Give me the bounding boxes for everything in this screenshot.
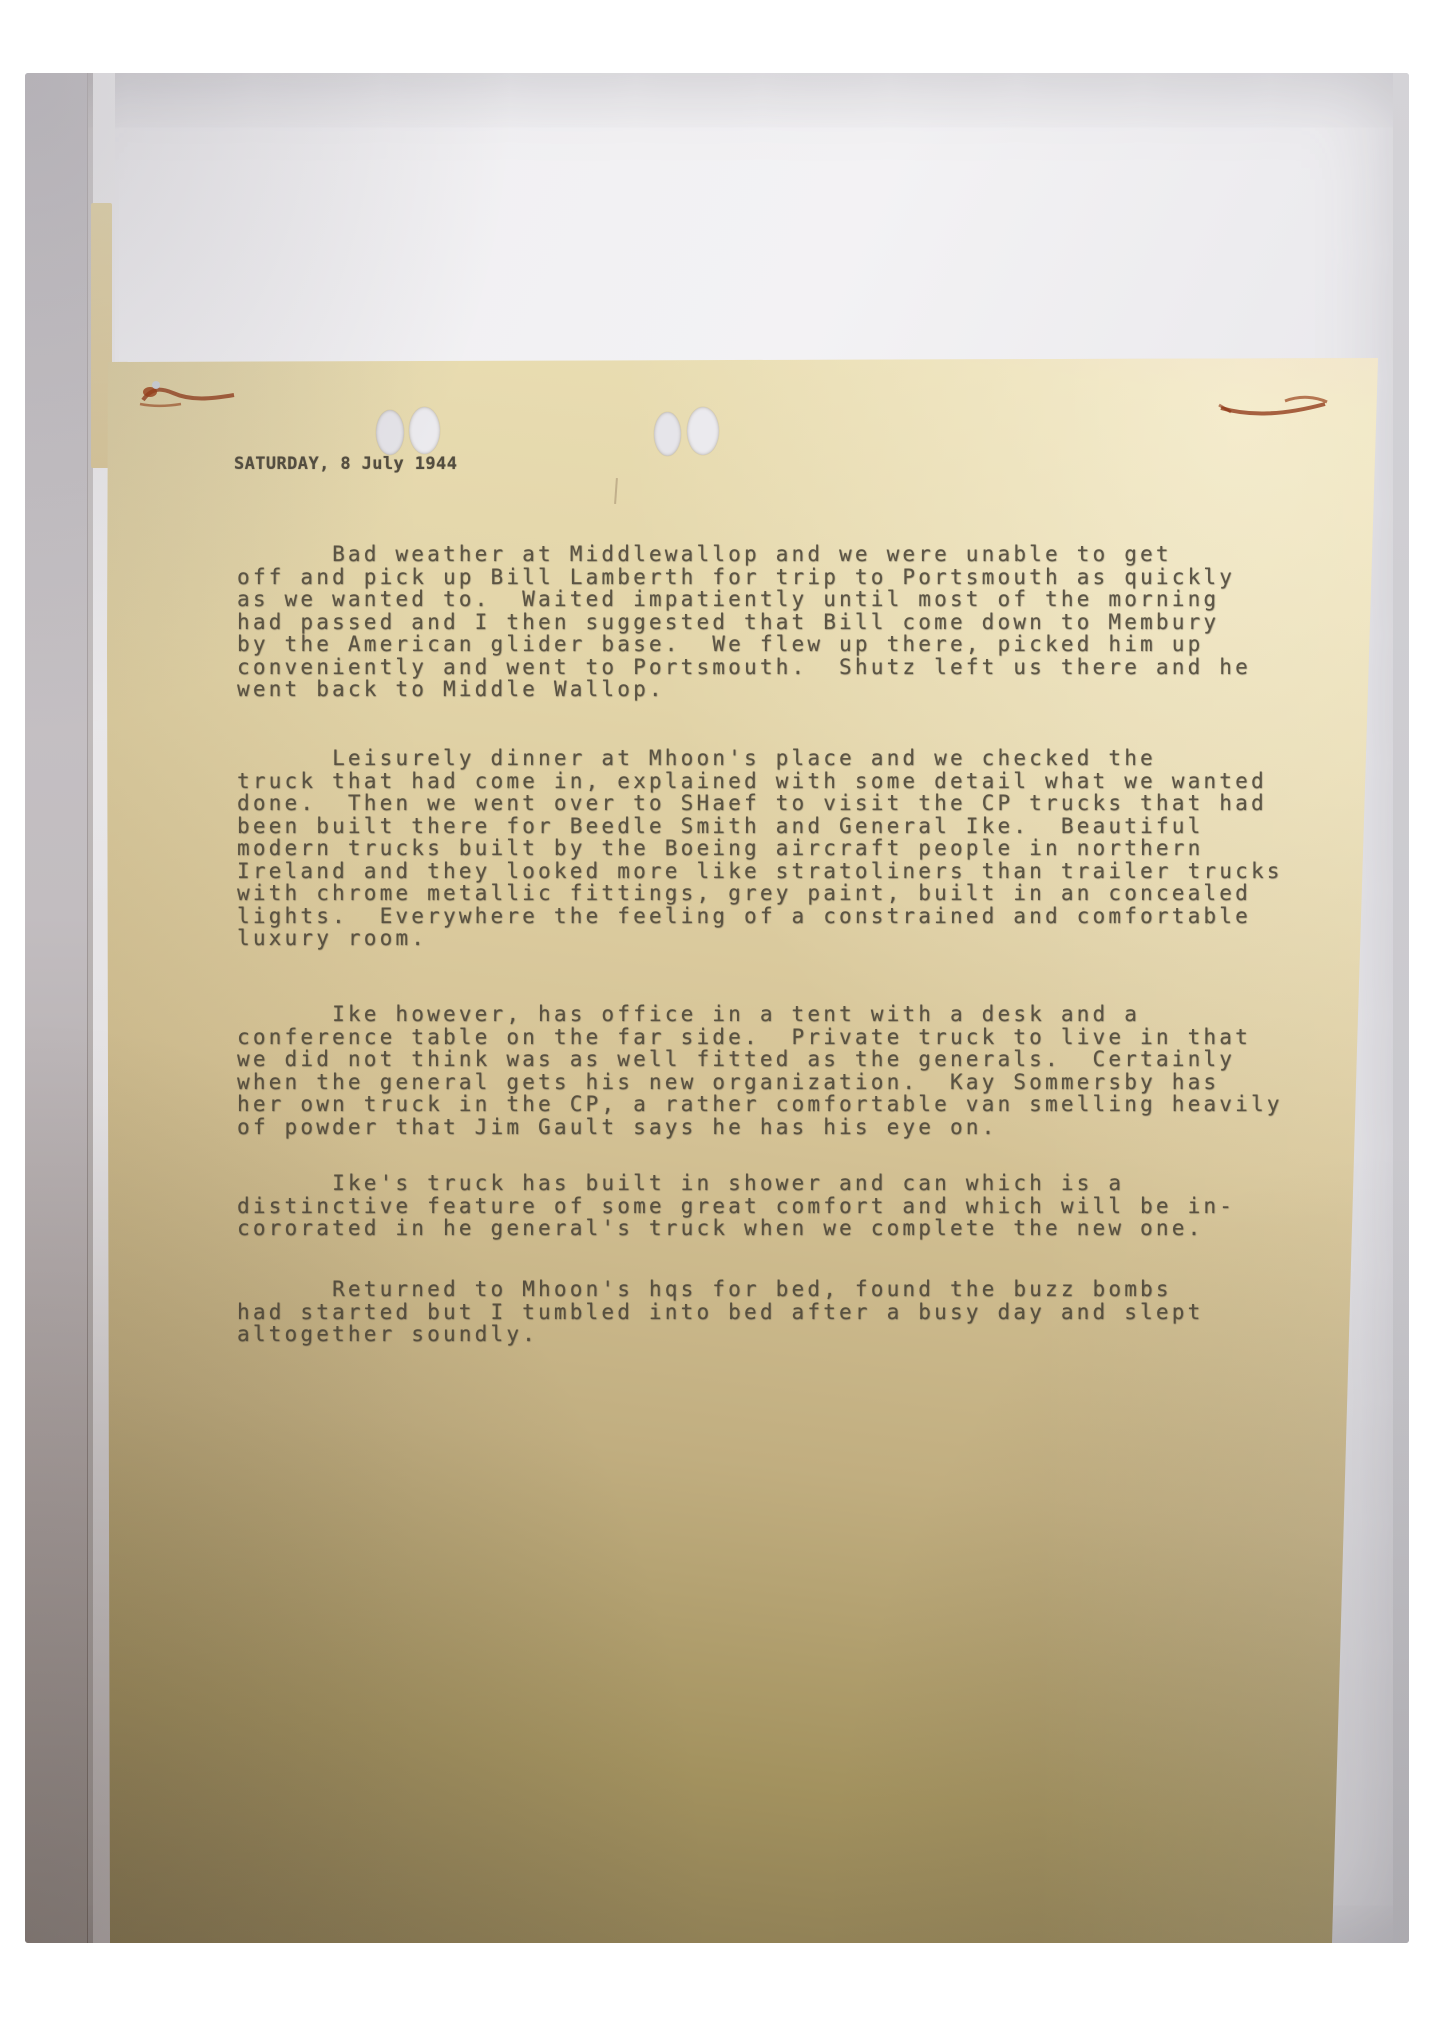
backdrop-left-strip (25, 73, 88, 1943)
paragraph-1: Bad weather at Middlewallop and we were … (237, 543, 1357, 701)
date-heading: SATURDAY, 8 July 1944 (234, 454, 457, 474)
scanned-diary-page: SATURDAY, 8 July 1944 Bad weather at Mid… (0, 0, 1440, 2038)
backdrop-right-band (1393, 73, 1409, 1943)
punch-hole-right-2 (687, 407, 719, 455)
paragraph-4: Ike's truck has built in shower and can … (237, 1172, 1357, 1240)
paragraph-3: Ike however, has office in a tent with a… (237, 1003, 1357, 1138)
punch-hole-left-2 (409, 407, 440, 454)
paragraph-2: Leisurely dinner at Mhoon's place and we… (237, 747, 1357, 950)
paragraph-5: Returned to Mhoon's hqs for bed, found t… (237, 1278, 1357, 1346)
rust-stain-left (135, 376, 247, 418)
rust-stain-right (1215, 388, 1333, 430)
punch-hole-left-1 (376, 410, 404, 455)
punch-hole-right-1 (654, 412, 681, 456)
photograph-area: SATURDAY, 8 July 1944 Bad weather at Mid… (25, 73, 1409, 1943)
